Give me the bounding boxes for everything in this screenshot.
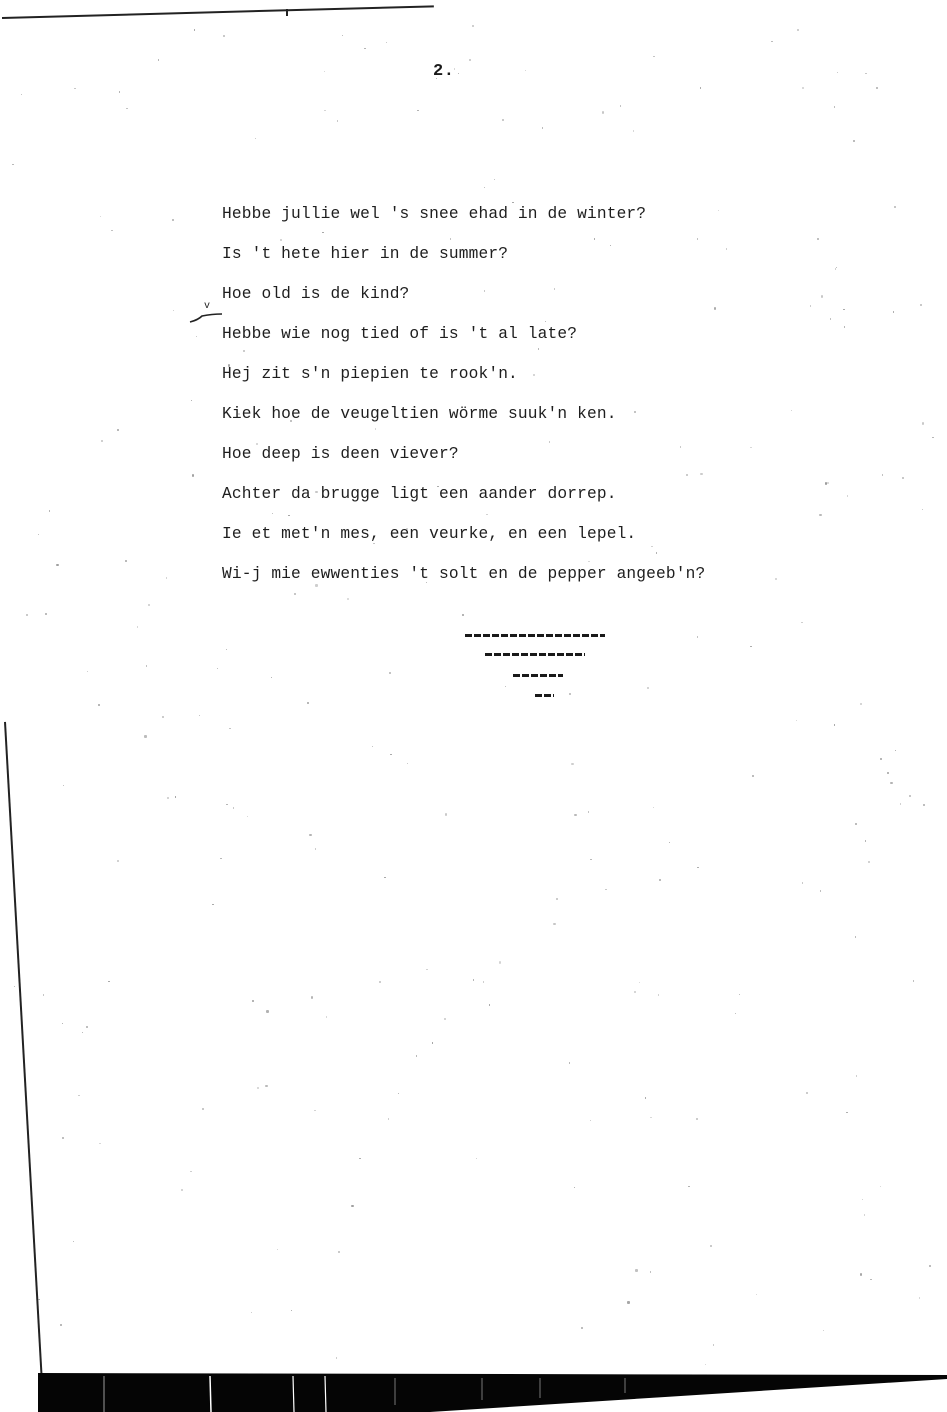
scan-speck [125, 560, 127, 562]
scan-speck [797, 29, 800, 32]
scan-speck [922, 422, 925, 425]
scan-speck [653, 56, 655, 58]
scan-speck [771, 41, 773, 43]
scan-speck [74, 88, 76, 90]
scan-speck [445, 813, 448, 816]
scan-speck [226, 804, 228, 806]
scan-speck [238, 413, 240, 415]
scan-speck [294, 593, 296, 595]
scan-speck [556, 898, 559, 901]
text-line: Hoe old is de kind? [222, 282, 705, 322]
scan-speck [202, 1108, 204, 1110]
scan-speck [265, 1085, 268, 1088]
scan-speck [172, 219, 174, 221]
scan-speck [876, 87, 878, 89]
scan-speck [489, 1004, 491, 1006]
text-line: Hebbe wie nog tied of is 't al late? [222, 322, 705, 362]
scan-speck [99, 1143, 101, 1145]
scan-speck [853, 140, 855, 142]
scan-speck [650, 1117, 652, 1119]
scan-speck [902, 477, 904, 479]
scan-speck [856, 1075, 858, 1077]
scan-speck [868, 861, 870, 863]
scan-speck [86, 1026, 88, 1028]
scan-speck [364, 48, 366, 50]
scan-speck [45, 613, 47, 615]
scan-speck [373, 543, 375, 545]
scan-speck [144, 735, 147, 738]
scan-speck [696, 1118, 698, 1120]
scan-speck [359, 1158, 361, 1160]
scan-speck [26, 614, 28, 616]
scan-speck [375, 428, 377, 430]
scan-speck [651, 546, 653, 548]
scan-speck [819, 514, 822, 517]
scan-speck [322, 232, 324, 234]
scan-speck [181, 1189, 183, 1191]
scan-speck [855, 823, 857, 825]
scan-speck [266, 1010, 269, 1013]
scan-speck [697, 867, 699, 869]
scan-speck [588, 811, 590, 813]
scan-speck [574, 814, 577, 817]
scan-speck [533, 374, 535, 376]
scan-speck [290, 420, 292, 422]
scan-speck [277, 1249, 279, 1251]
scan-speck [865, 73, 867, 75]
text-line: Achter da brugge ligt een aander dorrep. [222, 482, 705, 522]
text-line: Is 't hete hier in de summer? [222, 242, 705, 282]
scan-speck [406, 528, 408, 530]
scan-speck [882, 474, 884, 476]
scan-speck [686, 474, 688, 476]
scan-speck [326, 1016, 328, 1018]
scan-speck [417, 110, 419, 112]
document-page: 2. v Hebbe jullie wel 's snee ehad in de… [0, 0, 947, 1412]
scan-speck [825, 482, 828, 485]
scan-speck [880, 758, 882, 760]
scan-speck [98, 704, 100, 706]
scan-speck [384, 877, 386, 879]
scan-speck [635, 1269, 638, 1272]
scan-speck [545, 321, 547, 323]
scan-speck [490, 492, 492, 494]
scan-speck [922, 509, 924, 511]
scan-speck [288, 515, 290, 517]
text-line: Kiek hoe de veugeltien wörme suuk'n ken. [222, 402, 705, 442]
scan-speck [101, 440, 103, 442]
scan-speck [108, 981, 110, 983]
scan-speck [750, 447, 752, 449]
scan-speck [752, 775, 754, 777]
text-line: Wi-j mie ewwenties 't solt en de pepper … [222, 562, 705, 602]
handwritten-margin-mark: v [188, 296, 224, 324]
scan-speck [590, 859, 592, 861]
divider-row [465, 634, 605, 637]
scan-speck [571, 763, 574, 766]
text-line: Hej zit s'n piepien te rook'n. [222, 362, 705, 402]
scan-speck [932, 437, 934, 439]
scan-speck [389, 672, 391, 674]
scan-speck [697, 238, 699, 240]
scan-speck [887, 772, 889, 774]
text-line: Hoe deep is deen viever? [222, 442, 705, 482]
scan-speck [78, 1095, 80, 1097]
scan-speck [338, 1251, 340, 1253]
scan-speck [817, 238, 819, 240]
scan-speck [12, 164, 14, 166]
scan-speck [62, 1137, 64, 1139]
scan-speck [542, 127, 544, 129]
divider-row [485, 653, 585, 656]
scan-speck [827, 482, 829, 484]
scan-speck [647, 687, 649, 689]
scan-speck [483, 981, 485, 983]
scan-speck [860, 703, 862, 705]
scan-speck [450, 238, 452, 240]
scan-speck [750, 646, 752, 648]
scan-speck [100, 216, 102, 218]
scan-speck [192, 474, 195, 477]
scan-speck [484, 290, 486, 292]
scan-speck [315, 584, 318, 587]
scan-speck [307, 702, 309, 704]
scan-speck [472, 25, 474, 27]
scan-speck [726, 248, 728, 250]
scan-speck [588, 561, 590, 563]
scan-speck [650, 1271, 652, 1273]
scan-speck [167, 797, 169, 799]
scan-speck [416, 1055, 418, 1057]
scan-speck [821, 295, 824, 298]
scan-speck [806, 1092, 808, 1094]
scan-speck [119, 91, 121, 93]
scan-speck [469, 59, 471, 61]
scan-speck [175, 796, 177, 798]
scan-speck [223, 35, 225, 37]
margin-annotation-text: v [204, 301, 210, 312]
scan-speck [379, 981, 381, 983]
scan-speck [315, 848, 317, 850]
text-line: Hebbe jullie wel 's snee ehad in de wint… [222, 202, 705, 242]
text-line: Ie et met'n mes, een veurke, en een lepe… [222, 522, 705, 562]
scan-speck [324, 110, 326, 112]
scan-speck [656, 552, 658, 554]
text-body: Hebbe jullie wel 's snee ehad in de wint… [222, 202, 705, 602]
scan-speck [256, 443, 258, 445]
scan-speck [117, 429, 119, 431]
scan-speck [126, 108, 128, 110]
scan-speck [919, 1297, 921, 1299]
scan-speck [454, 68, 456, 70]
scan-speck [220, 858, 222, 860]
scan-speck [553, 923, 556, 926]
scan-speck [627, 1301, 630, 1304]
scan-speck [802, 87, 804, 89]
scan-speck [194, 29, 196, 31]
scan-speck [923, 804, 925, 806]
scan-speck [38, 1299, 40, 1301]
scan-speck [257, 1087, 259, 1089]
scan-speck [634, 411, 636, 413]
scan-speck [243, 350, 245, 352]
scan-speck [569, 693, 571, 695]
scan-speck [378, 409, 380, 411]
scan-speck [502, 119, 504, 121]
scan-speck [444, 1018, 446, 1020]
scan-speck [894, 206, 896, 208]
scan-speck [633, 130, 635, 132]
scan-speck [166, 577, 168, 579]
scan-speck [347, 598, 349, 600]
scan-speck [60, 1324, 62, 1326]
scan-speck [117, 860, 119, 862]
scan-speck [659, 879, 661, 881]
scan-speck [146, 665, 148, 667]
scan-speck [920, 304, 922, 306]
scan-speck [148, 604, 150, 606]
divider-row [535, 694, 554, 697]
divider-row [513, 674, 563, 677]
scan-speck [810, 305, 812, 307]
scan-speck [634, 991, 636, 993]
